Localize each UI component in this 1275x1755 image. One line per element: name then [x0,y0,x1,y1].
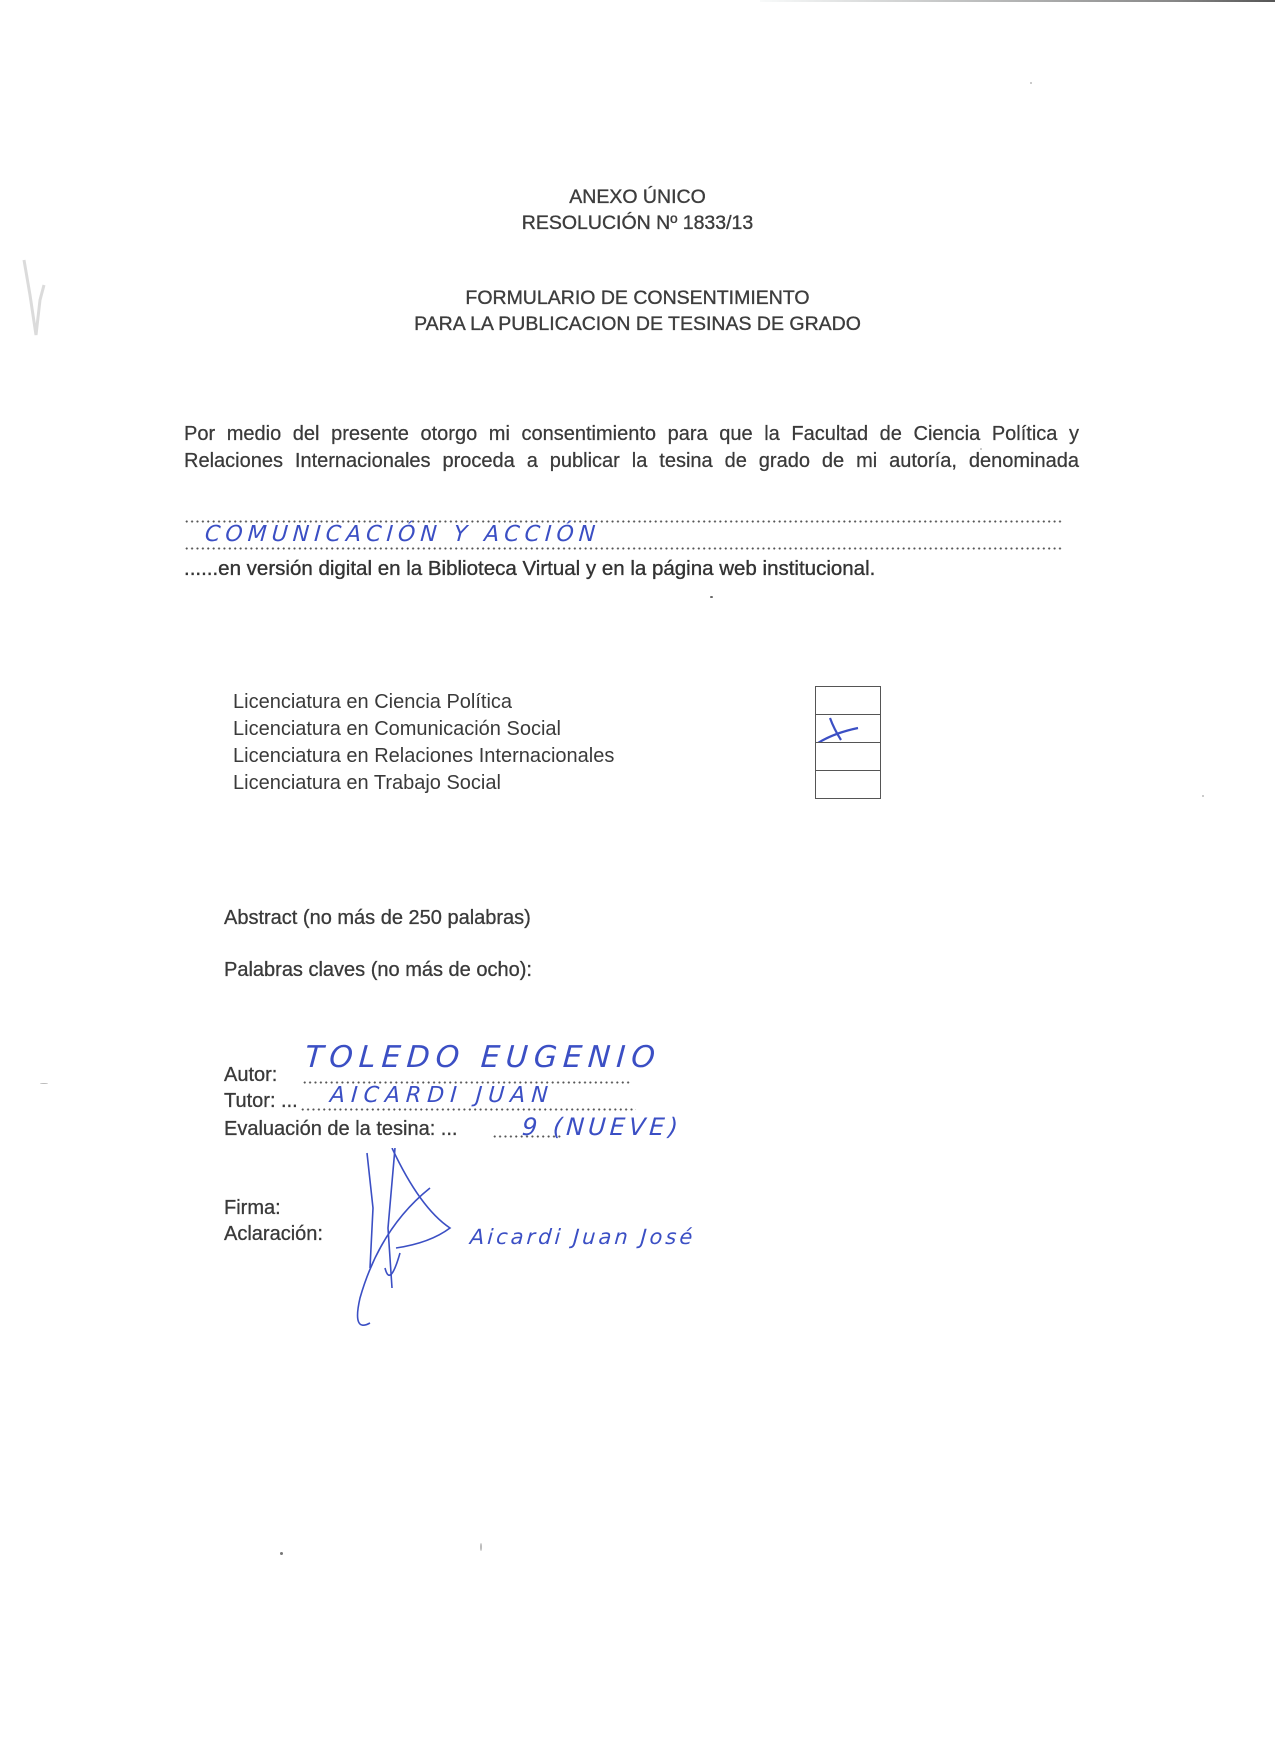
abstract-label: Abstract (no más de 250 palabras) [224,907,531,930]
firma-label: Firma: [224,1197,281,1220]
keywords-label: Palabras claves (no más de ocho): [224,959,532,982]
tutor-label: Tutor: ... [224,1090,298,1113]
program-comunicacion-social: Licenciatura en Comunicación Social [233,716,614,743]
program-checkbox-grid [815,686,881,799]
consent-paragraph-end: ......en versión digital en la Bibliotec… [184,557,875,581]
checkbox-relaciones-internacionales[interactable] [816,743,880,771]
checkbox-ciencia-politica[interactable] [816,687,880,715]
evaluacion-field[interactable]: 9 (NUEVE) [521,1113,683,1141]
program-list: Licenciatura en Ciencia Política Licenci… [233,689,614,797]
autor-label: Autor: [224,1064,277,1087]
form-subtitle: PARA LA PUBLICACION DE TESINAS DE GRADO [0,311,1275,337]
speck [480,1543,482,1551]
consent-paragraph: Por medio del presente otorgo mi consent… [184,421,1079,475]
form-title: FORMULARIO DE CONSENTIMIENTO [0,285,1275,311]
autor-field[interactable]: TOLEDO EUGENIO [304,1040,662,1075]
aclaracion-field[interactable]: Aicardi Juan José [469,1225,696,1249]
tutor-field[interactable]: AICARDI JUAN [329,1083,555,1108]
checkbox-comunicacion-social[interactable] [816,715,880,743]
speck [1030,82,1032,84]
speck [710,596,713,598]
program-trabajo-social: Licenciatura en Trabajo Social [233,770,614,797]
scan-edge-artifact [760,0,1275,2]
resolution-number: RESOLUCIÓN Nº 1833/13 [0,210,1275,236]
speck [1202,795,1204,797]
evaluacion-label: Evaluación de la tesina: ... [224,1118,457,1141]
dotted-line [184,547,1064,550]
speck [40,1083,48,1084]
tutor-dotted-line [300,1108,636,1111]
annex-title: ANEXO ÚNICO [0,184,1275,210]
program-ciencia-politica: Licenciatura en Ciencia Política [233,689,614,716]
checkbox-trabajo-social[interactable] [816,771,880,798]
x-mark-icon [816,715,880,742]
program-relaciones-internacionales: Licenciatura en Relaciones Internacional… [233,743,614,770]
form-heading: FORMULARIO DE CONSENTIMIENTO PARA LA PUB… [0,285,1275,337]
speck [280,1552,283,1555]
annex-heading: ANEXO ÚNICO RESOLUCIÓN Nº 1833/13 [0,184,1275,236]
aclaracion-label: Aclaración: [224,1223,323,1246]
thesis-title-field[interactable]: COMUNICACIÓN Y ACCIÓN [204,522,601,547]
